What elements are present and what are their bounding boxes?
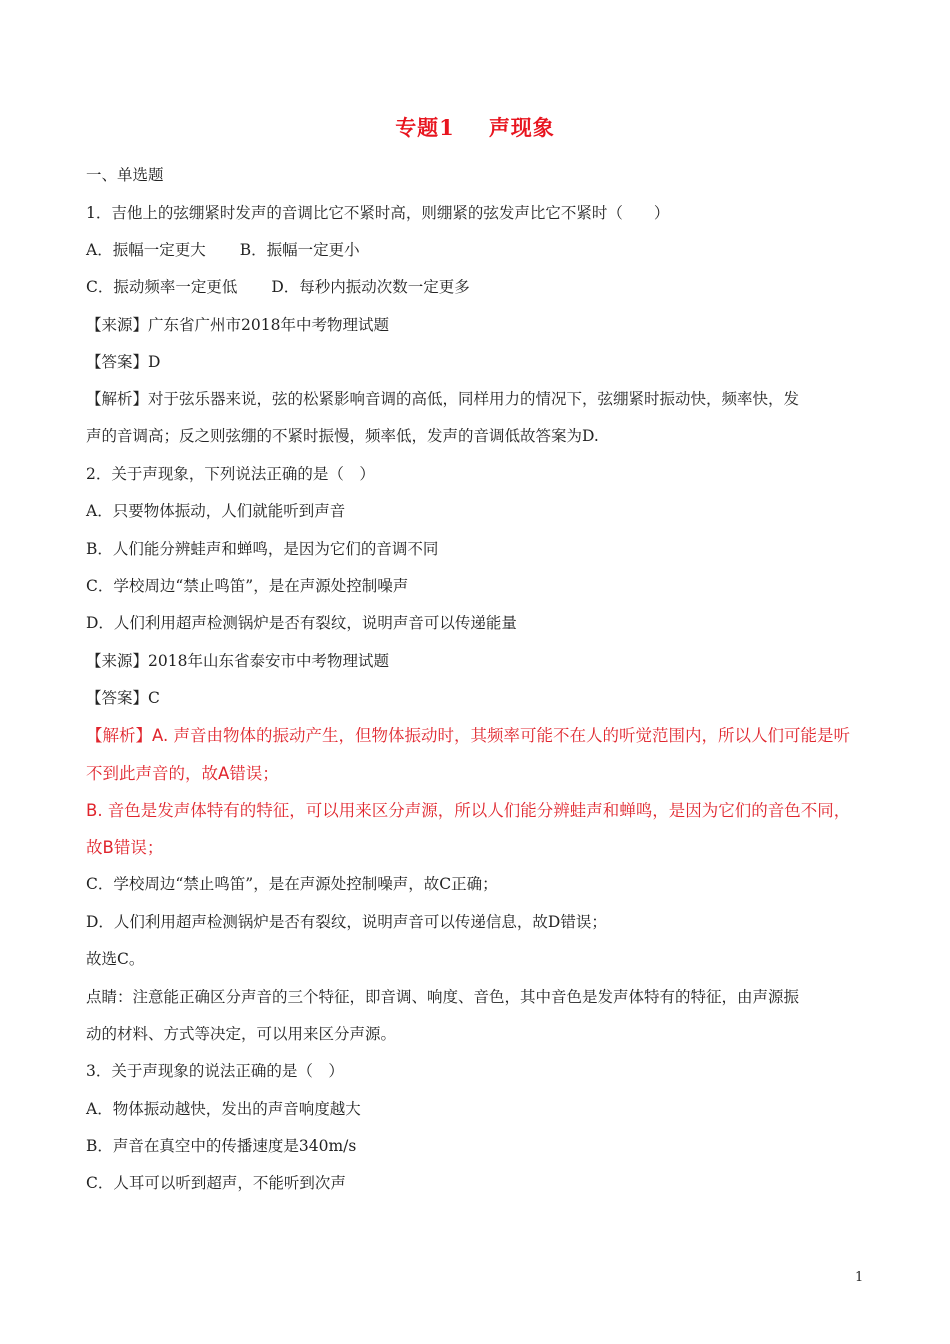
title-prefix: 专题1 [395,115,455,140]
question-1-answer: 【答案】D [86,352,160,372]
question-2-analysis-line-4: 点睛：注意能正确区分声音的三个特征，即音调、响度、音色，其中音色是发声体特有的特… [86,987,799,1007]
question-2-analysis-red-line-3: B. 音色是发声体特有的特征，可以用来区分声源，所以人们能分辨蛙声和蝉鸣，是因为… [86,801,850,821]
question-3-stem: 3．关于声现象的说法正确的是（ ） [86,1061,344,1081]
title-topic: 声现象 [489,115,555,140]
question-3-option-a: A．物体振动越快，发出的声音响度越大 [86,1099,361,1119]
question-1-options-row-2: C．振动频率一定更低D．每秒内振动次数一定更多 [86,277,470,297]
question-1-analysis-line-2: 声的音调高；反之则弦绷的不紧时振慢，频率低，发声的音调低故答案为D. [86,426,599,446]
section-heading: 一、单选题 [86,165,164,185]
question-1-option-b: B．振幅一定更小 [240,241,360,259]
question-2-analysis-line-1: C．学校周边“禁止鸣笛”，是在声源处控制噪声，故C正确； [86,874,498,894]
question-2-option-b: B．人们能分辨蛙声和蝉鸣，是因为它们的音调不同 [86,539,438,559]
question-1-option-d: D．每秒内振动次数一定更多 [271,278,469,296]
question-2-analysis-line-5: 动的材料、方式等决定，可以用来区分声源。 [86,1024,396,1044]
question-2-source: 【来源】2018年山东省泰安市中考物理试题 [86,651,389,671]
question-2-analysis-line-3: 故选C。 [86,949,144,969]
question-1-option-a: A．振幅一定更大 [86,241,206,259]
question-2-analysis-line-2: D．人们利用超声检测锅炉是否有裂纹，说明声音可以传递信息，故D错误； [86,912,607,932]
question-3-option-c: C．人耳可以听到超声，不能听到次声 [86,1173,346,1193]
question-2-stem: 2．关于声现象，下列说法正确的是（ ） [86,464,375,484]
question-2-option-d: D．人们利用超声检测锅炉是否有裂纹，说明声音可以传递能量 [86,613,517,633]
question-2-answer: 【答案】C [86,688,160,708]
question-2-analysis-red-line-4: 故B错误； [86,838,163,858]
document-page: 专题1声现象 一、单选题 1．吉他上的弦绷紧时发声的音调比它不紧时高，则绷紧的弦… [0,0,950,1344]
question-1-analysis-line-1: 【解析】对于弦乐器来说，弦的松紧影响音调的高低，同样用力的情况下，弦绷紧时振动快… [86,389,799,409]
question-2-analysis-red-line-1: 【解析】A. 声音由物体的振动产生，但物体振动时，其频率可能不在人的听觉范围内，… [86,726,850,746]
page-number: 1 [855,1270,863,1285]
question-2-option-a: A．只要物体振动，人们就能听到声音 [86,501,345,521]
question-1-source: 【来源】广东省广州市2018年中考物理试题 [86,315,389,335]
question-1-options-row-1: A．振幅一定更大B．振幅一定更小 [86,240,360,260]
question-1-stem: 1．吉他上的弦绷紧时发声的音调比它不紧时高，则绷紧的弦发声比它不紧时（ ） [86,203,669,223]
question-3-option-b: B．声音在真空中的传播速度是340m/s [86,1136,356,1156]
page-title: 专题1声现象 [0,112,950,142]
question-2-analysis-red-line-2: 不到此声音的，故A错误； [86,764,279,784]
question-1-option-c: C．振动频率一定更低 [86,278,237,296]
question-2-option-c: C．学校周边“禁止鸣笛”，是在声源处控制噪声 [86,576,408,596]
